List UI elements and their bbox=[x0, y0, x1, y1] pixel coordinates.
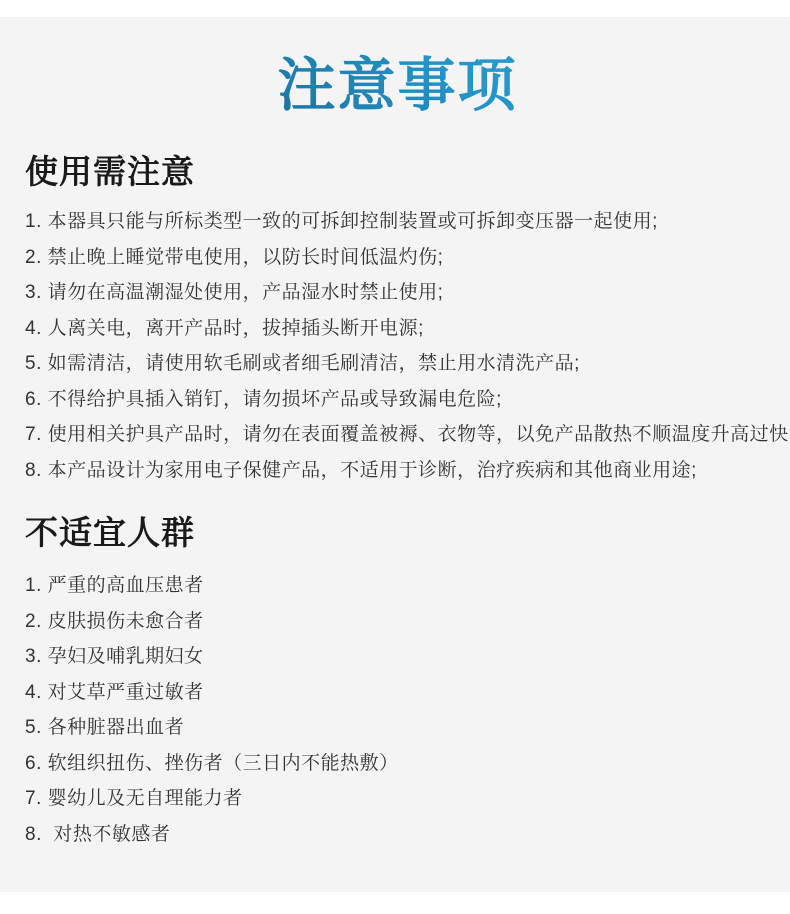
list-item: 5. 如需清洁，请使用软毛刷或者细毛刷清洁，禁止用水清洗产品; bbox=[25, 346, 770, 382]
list-item: 5. 各种脏器出血者 bbox=[25, 710, 770, 746]
list-item: 6. 软组织扭伤、挫伤者（三日内不能热敷） bbox=[25, 746, 770, 782]
list-item: 6. 不得给护具插入销钉，请勿损坏产品或导致漏电危险; bbox=[25, 382, 770, 418]
list-item: 1. 本器具只能与所标类型一致的可拆卸控制装置或可拆卸变压器一起使用; bbox=[25, 204, 770, 240]
list-item: 3. 孕妇及哺乳期妇女 bbox=[25, 639, 770, 675]
list-item: 1. 严重的高血压患者 bbox=[25, 568, 770, 604]
unsuitable-groups-list: 1. 严重的高血压患者 2. 皮肤损伤未愈合者 3. 孕妇及哺乳期妇女 4. 对… bbox=[25, 568, 770, 852]
list-item: 2. 禁止晚上睡觉带电使用，以防长时间低温灼伤; bbox=[25, 240, 770, 276]
list-item: 8. 本产品设计为家用电子保健产品，不适用于诊断，治疗疾病和其他商业用途; bbox=[25, 453, 770, 489]
list-item: 7. 婴幼儿及无自理能力者 bbox=[25, 781, 770, 817]
list-item: 2. 皮肤损伤未愈合者 bbox=[25, 604, 770, 640]
list-item: 8. 对热不敏感者 bbox=[25, 817, 770, 853]
usage-notes-list: 1. 本器具只能与所标类型一致的可拆卸控制装置或可拆卸变压器一起使用; 2. 禁… bbox=[25, 204, 770, 488]
list-item: 4. 对艾草严重过敏者 bbox=[25, 675, 770, 711]
notice-panel: 注意事项 使用需注意 1. 本器具只能与所标类型一致的可拆卸控制装置或可拆卸变压… bbox=[0, 17, 790, 892]
section-heading-usage-notes: 使用需注意 bbox=[25, 153, 770, 191]
page-title: 注意事项 bbox=[25, 17, 770, 119]
list-item: 4. 人离关电，离开产品时，拔掉插头断开电源; bbox=[25, 311, 770, 347]
list-item: 3. 请勿在高温潮湿处使用，产品湿水时禁止使用; bbox=[25, 275, 770, 311]
list-item: 7. 使用相关护具产品时，请勿在表面覆盖被褥、衣物等，以免产品散热不顺温度升高过… bbox=[25, 417, 770, 453]
section-heading-unsuitable-groups: 不适宜人群 bbox=[25, 514, 770, 552]
